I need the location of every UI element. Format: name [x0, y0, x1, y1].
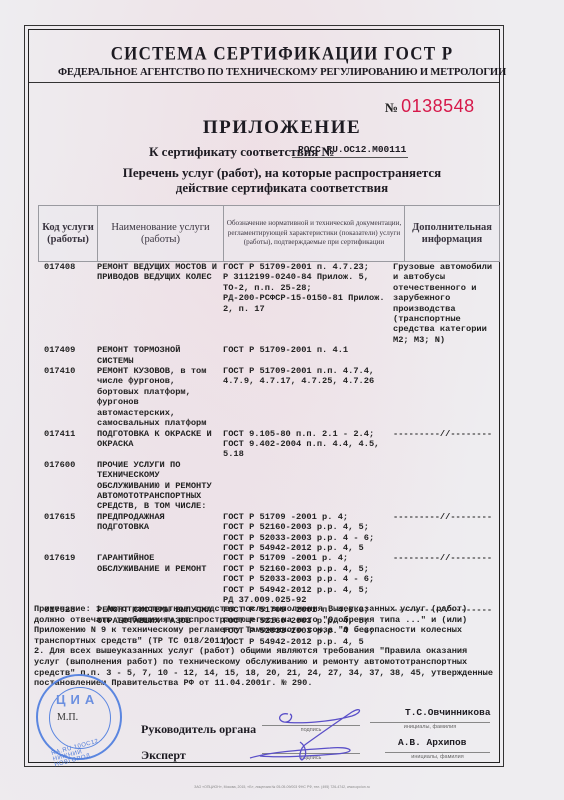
- service-docs: [217, 460, 388, 512]
- service-name: РЕМОНТ ТОРМОЗНОЙ СИСТЕМЫ: [97, 345, 217, 366]
- service-docs: ГОСТ Р 51709 -2001 р. 4; ГОСТ Р 52160-20…: [217, 553, 388, 605]
- service-info: ---------//--------: [388, 553, 498, 605]
- table-row: 017409РЕМОНТ ТОРМОЗНОЙ СИСТЕМЫГОСТ Р 517…: [38, 345, 498, 366]
- services-table: 017408РЕМОНТ ВЕДУЩИХ МОСТОВ И ПРИВОДОВ В…: [38, 262, 498, 647]
- table-header: Код услуги (работы) Наименование услуги …: [38, 205, 500, 262]
- expert-name-line: [385, 752, 490, 753]
- table-row: 017600ПРОЧИЕ УСЛУГИ ПО ТЕХНИЧЕСКОМУ ОБСЛ…: [38, 460, 498, 512]
- service-docs: ГОСТ Р 51709-2001 п.п. 4.7.4, 4.7.9, 4.7…: [217, 366, 388, 428]
- serial-prefix: №: [385, 100, 398, 115]
- notes: Примечание: 1.Автотранспортное средство …: [34, 604, 494, 689]
- header-code: Код услуги (работы): [39, 206, 98, 261]
- service-docs: ГОСТ Р 51709-2001 п. 4.7.23; Р 3112199-0…: [217, 262, 388, 345]
- service-name: ПОДГОТОВКА К ОКРАСКЕ И ОКРАСКА: [97, 429, 217, 460]
- service-code: 017619: [38, 553, 97, 605]
- serial-value: 0138548: [401, 96, 475, 116]
- service-docs: ГОСТ Р 51709-2001 п. 4.1: [217, 345, 388, 366]
- service-code: 017411: [38, 429, 97, 460]
- expert-name-caption: инициалы, фамилия: [385, 754, 490, 760]
- service-info: ---------//--------: [388, 512, 498, 554]
- service-code: 017410: [38, 366, 97, 428]
- header-name: Наименование услуги (работы): [98, 206, 224, 261]
- service-info: [388, 366, 498, 428]
- service-docs: ГОСТ 9.105-80 п.п. 2.1 - 2.4; ГОСТ 9.402…: [217, 429, 388, 460]
- service-code: 017409: [38, 345, 97, 366]
- serial-number: №0138548: [385, 96, 475, 117]
- seal-label: М.П.: [57, 712, 78, 723]
- agency-name: ФЕДЕРАЛЬНОЕ АГЕНТСТВО ПО ТЕХНИЧЕСКОМУ РЕ…: [0, 67, 564, 78]
- printer-footer: ЗАО «ОПЦИОН», Москва, 2015, «Б», лицензи…: [0, 785, 564, 789]
- service-info: Грузовые автомобили и автобусы отечестве…: [388, 262, 498, 345]
- service-code: 017600: [38, 460, 97, 512]
- list-title: Перечень услуг (работ), на которые распр…: [0, 165, 564, 195]
- expert-label: Эксперт: [141, 748, 186, 763]
- service-code: 017408: [38, 262, 97, 345]
- list-title-line2: действие сертификата соответствия: [0, 180, 564, 195]
- table-row: 017408РЕМОНТ ВЕДУЩИХ МОСТОВ И ПРИВОДОВ В…: [38, 262, 498, 345]
- head-label: Руководитель органа: [141, 722, 256, 737]
- seal-stamp: ЦИА М.П. RA.RU 10ОС12 · НИЖНИЙ НОВГОРОД: [36, 674, 122, 760]
- expert-name: А.В. Архипов: [398, 737, 466, 748]
- header-docs: Обозначение нормативной и технической до…: [224, 206, 405, 261]
- page-title: ПРИЛОЖЕНИЕ: [0, 117, 564, 139]
- service-info: [388, 460, 498, 512]
- service-info: ---------//--------: [388, 429, 498, 460]
- service-name: РЕМОНТ КУЗОВОВ, в том числе фургонов, бо…: [97, 366, 217, 428]
- note-1: Примечание: 1.Автотранспортное средство …: [34, 604, 494, 646]
- table-row: 017615ПРЕДПРОДАЖНАЯ ПОДГОТОВКАГОСТ Р 517…: [38, 512, 498, 554]
- signature-icon: [240, 708, 390, 768]
- service-name: РЕМОНТ ВЕДУЩИХ МОСТОВ И ПРИВОДОВ ВЕДУЩИХ…: [97, 262, 217, 345]
- table-row: 017411ПОДГОТОВКА К ОКРАСКЕ И ОКРАСКАГОСТ…: [38, 429, 498, 460]
- head-name: Т.С.Овчинникова: [405, 707, 491, 718]
- service-name: ПРЕДПРОДАЖНАЯ ПОДГОТОВКА: [97, 512, 217, 554]
- service-code: 017615: [38, 512, 97, 554]
- cert-number: РОСС RU.ОС12.М00111: [292, 144, 408, 158]
- list-title-line1: Перечень услуг (работ), на которые распр…: [0, 165, 564, 180]
- table-row: 017410РЕМОНТ КУЗОВОВ, в том числе фургон…: [38, 366, 498, 428]
- service-info: [388, 345, 498, 366]
- header-divider: [29, 82, 499, 83]
- service-docs: ГОСТ Р 51709 -2001 р. 4; ГОСТ Р 52160-20…: [217, 512, 388, 554]
- table-row: 017619ГАРАНТИЙНОЕ ОБСЛУЖИВАНИЕ И РЕМОНТГ…: [38, 553, 498, 605]
- header-info: Дополнительная информация: [405, 206, 499, 261]
- seal-logo: ЦИА: [56, 692, 99, 707]
- system-title: СИСТЕМА СЕРТИФИКАЦИИ ГОСТ Р: [0, 43, 564, 65]
- service-name: ГАРАНТИЙНОЕ ОБСЛУЖИВАНИЕ И РЕМОНТ: [97, 553, 217, 605]
- service-name: ПРОЧИЕ УСЛУГИ ПО ТЕХНИЧЕСКОМУ ОБСЛУЖИВАН…: [97, 460, 217, 512]
